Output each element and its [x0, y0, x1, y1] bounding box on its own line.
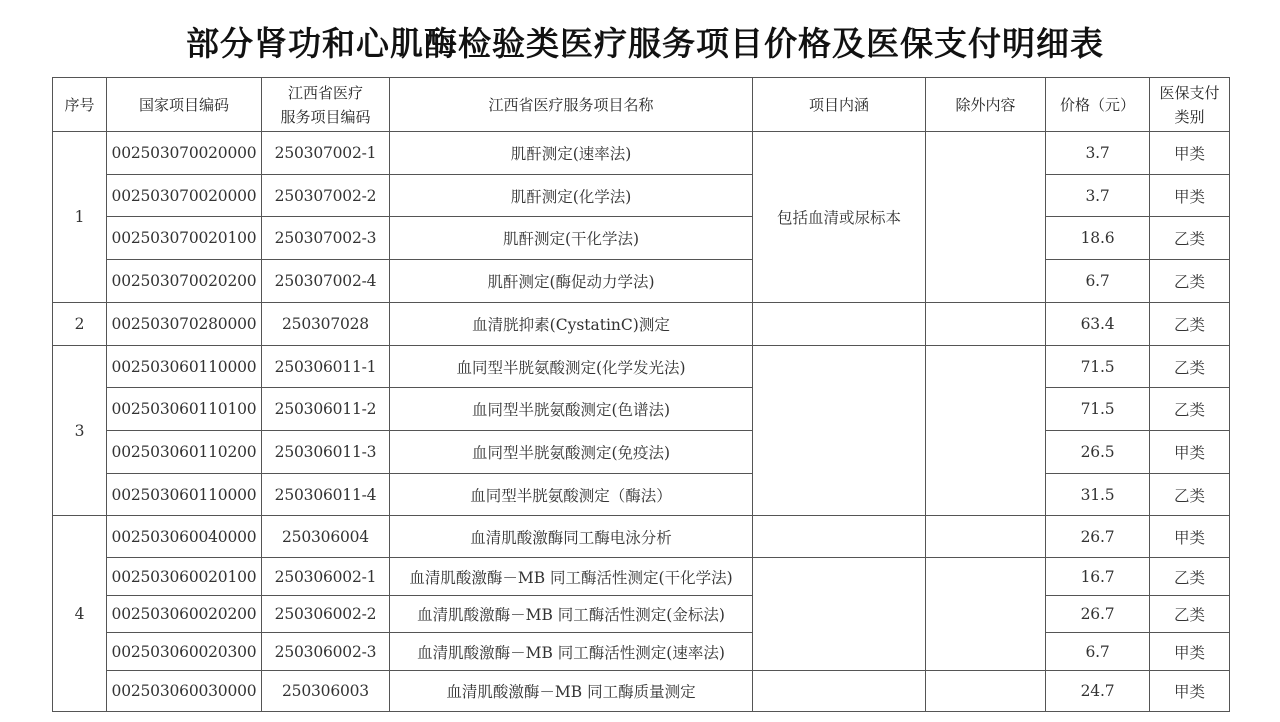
category-cell: 甲类 [1150, 671, 1230, 712]
price-table: 序号 国家项目编码 江西省医疗服务项目编码 江西省医疗服务项目名称 项目内涵 除… [52, 77, 1230, 712]
category-cell: 甲类 [1150, 633, 1230, 671]
page-title: 部分肾功和心肌酶检验类医疗服务项目价格及医保支付明细表 [0, 18, 1280, 65]
item-name-cell: 血清胱抑素(CystatinC)测定 [390, 303, 753, 346]
price-cell: 18.6 [1046, 217, 1150, 260]
national-code-cell: 002503070020000 [107, 132, 262, 175]
national-code-cell: 002503070020200 [107, 260, 262, 303]
jx-code-cell: 250307002-1 [262, 132, 390, 175]
content-cell [753, 346, 926, 516]
jx-code-cell: 250306002-3 [262, 633, 390, 671]
national-code-cell: 002503070020000 [107, 175, 262, 217]
header-row: 序号 国家项目编码 江西省医疗服务项目编码 江西省医疗服务项目名称 项目内涵 除… [53, 78, 1230, 132]
item-name-cell: 肌酐测定(干化学法) [390, 217, 753, 260]
category-cell: 甲类 [1150, 175, 1230, 217]
jx-code-cell: 250306003 [262, 671, 390, 712]
table-row: 002503060020100 250306002-1 血清肌酸激酶－MB 同工… [53, 558, 1230, 596]
national-code-cell: 002503060110200 [107, 431, 262, 474]
seq-cell: 3 [53, 346, 107, 516]
table-row: 002503070020000 250307002-2 肌酐测定(化学法) 3.… [53, 175, 1230, 217]
national-code-cell: 002503060040000 [107, 516, 262, 558]
table-row: 4 002503060040000 250306004 血清肌酸激酶同工酶电泳分… [53, 516, 1230, 558]
table-row: 002503060030000 250306003 血清肌酸激酶－MB 同工酶质… [53, 671, 1230, 712]
header-jx-name: 江西省医疗服务项目名称 [390, 78, 753, 132]
category-cell: 乙类 [1150, 388, 1230, 431]
price-cell: 6.7 [1046, 260, 1150, 303]
seq-cell: 4 [53, 516, 107, 712]
exclusion-cell [926, 346, 1046, 516]
header-jx-code-line2: 服务项目编码 [280, 108, 370, 126]
table-row: 3 002503060110000 250306011-1 血同型半胱氨酸测定(… [53, 346, 1230, 388]
content-cell [753, 671, 926, 712]
header-jx-code-line1: 江西省医疗 [288, 84, 363, 102]
jx-code-cell: 250307002-4 [262, 260, 390, 303]
jx-code-cell: 250306011-4 [262, 474, 390, 516]
item-name-cell: 血清肌酸激酶－MB 同工酶质量测定 [390, 671, 753, 712]
national-code-cell: 002503060110100 [107, 388, 262, 431]
header-category: 医保支付类别 [1150, 78, 1230, 132]
exclusion-cell [926, 132, 1046, 303]
category-cell: 乙类 [1150, 346, 1230, 388]
jx-code-cell: 250306002-2 [262, 596, 390, 633]
item-name-cell: 血清肌酸激酶－MB 同工酶活性测定(干化学法) [390, 558, 753, 596]
jx-code-cell: 250306002-1 [262, 558, 390, 596]
exclusion-cell [926, 558, 1046, 671]
table-row: 002503060110100 250306011-2 血同型半胱氨酸测定(色谱… [53, 388, 1230, 431]
jx-code-cell: 250307002-3 [262, 217, 390, 260]
header-content: 项目内涵 [753, 78, 926, 132]
table-row: 002503060020200 250306002-2 血清肌酸激酶－MB 同工… [53, 596, 1230, 633]
national-code-cell: 002503070020100 [107, 217, 262, 260]
content-cell [753, 303, 926, 346]
header-price: 价格（元） [1046, 78, 1150, 132]
price-cell: 26.5 [1046, 431, 1150, 474]
price-cell: 6.7 [1046, 633, 1150, 671]
seq-cell: 1 [53, 132, 107, 303]
jx-code-cell: 250307002-2 [262, 175, 390, 217]
content-cell [753, 516, 926, 558]
content-cell: 包括血清或尿标本 [753, 132, 926, 303]
price-cell: 16.7 [1046, 558, 1150, 596]
header-category-line2: 类别 [1174, 108, 1204, 126]
item-name-cell: 血清肌酸激酶－MB 同工酶活性测定(速率法) [390, 633, 753, 671]
national-code-cell: 002503070280000 [107, 303, 262, 346]
category-cell: 乙类 [1150, 303, 1230, 346]
jx-code-cell: 250306004 [262, 516, 390, 558]
price-cell: 63.4 [1046, 303, 1150, 346]
item-name-cell: 肌酐测定(化学法) [390, 175, 753, 217]
header-national-code: 国家项目编码 [107, 78, 262, 132]
table-row: 1 002503070020000 250307002-1 肌酐测定(速率法) … [53, 132, 1230, 175]
seq-cell: 2 [53, 303, 107, 346]
item-name-cell: 血同型半胱氨酸测定(色谱法) [390, 388, 753, 431]
item-name-cell: 肌酐测定(速率法) [390, 132, 753, 175]
jx-code-cell: 250306011-2 [262, 388, 390, 431]
national-code-cell: 002503060110000 [107, 346, 262, 388]
content-cell [753, 558, 926, 671]
item-name-cell: 血同型半胱氨酸测定（酶法） [390, 474, 753, 516]
category-cell: 乙类 [1150, 217, 1230, 260]
item-name-cell: 血同型半胱氨酸测定(化学发光法) [390, 346, 753, 388]
jx-code-cell: 250307028 [262, 303, 390, 346]
price-cell: 71.5 [1046, 388, 1150, 431]
header-seq: 序号 [53, 78, 107, 132]
table-row: 002503070020100 250307002-3 肌酐测定(干化学法) 1… [53, 217, 1230, 260]
category-cell: 甲类 [1150, 516, 1230, 558]
item-name-cell: 肌酐测定(酶促动力学法) [390, 260, 753, 303]
category-cell: 乙类 [1150, 474, 1230, 516]
price-cell: 26.7 [1046, 516, 1150, 558]
price-cell: 3.7 [1046, 175, 1150, 217]
jx-code-cell: 250306011-1 [262, 346, 390, 388]
category-cell: 乙类 [1150, 558, 1230, 596]
price-cell: 24.7 [1046, 671, 1150, 712]
header-exclusion: 除外内容 [926, 78, 1046, 132]
exclusion-cell [926, 516, 1046, 558]
header-jx-code: 江西省医疗服务项目编码 [262, 78, 390, 132]
category-cell: 乙类 [1150, 260, 1230, 303]
category-cell: 乙类 [1150, 596, 1230, 633]
price-cell: 3.7 [1046, 132, 1150, 175]
table-row: 002503060020300 250306002-3 血清肌酸激酶－MB 同工… [53, 633, 1230, 671]
item-name-cell: 血清肌酸激酶同工酶电泳分析 [390, 516, 753, 558]
price-cell: 31.5 [1046, 474, 1150, 516]
header-category-line1: 医保支付 [1159, 84, 1219, 102]
national-code-cell: 002503060020100 [107, 558, 262, 596]
national-code-cell: 002503060020200 [107, 596, 262, 633]
jx-code-cell: 250306011-3 [262, 431, 390, 474]
table-row: 002503070020200 250307002-4 肌酐测定(酶促动力学法)… [53, 260, 1230, 303]
national-code-cell: 002503060110000 [107, 474, 262, 516]
category-cell: 甲类 [1150, 431, 1230, 474]
price-cell: 71.5 [1046, 346, 1150, 388]
exclusion-cell [926, 303, 1046, 346]
national-code-cell: 002503060030000 [107, 671, 262, 712]
item-name-cell: 血清肌酸激酶－MB 同工酶活性测定(金标法) [390, 596, 753, 633]
category-cell: 甲类 [1150, 132, 1230, 175]
price-cell: 26.7 [1046, 596, 1150, 633]
exclusion-cell [926, 671, 1046, 712]
national-code-cell: 002503060020300 [107, 633, 262, 671]
table-row: 002503060110000 250306011-4 血同型半胱氨酸测定（酶法… [53, 474, 1230, 516]
table-row: 2 002503070280000 250307028 血清胱抑素(Cystat… [53, 303, 1230, 346]
table-row: 002503060110200 250306011-3 血同型半胱氨酸测定(免疫… [53, 431, 1230, 474]
item-name-cell: 血同型半胱氨酸测定(免疫法) [390, 431, 753, 474]
